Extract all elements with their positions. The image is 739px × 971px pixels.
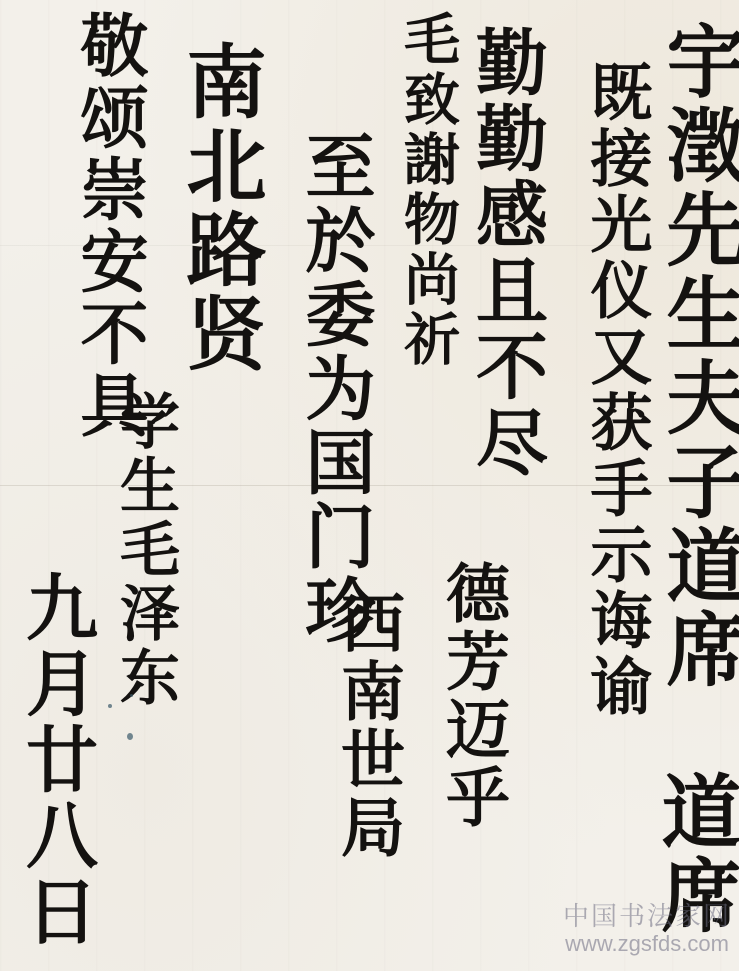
letter-column: 至於委为国门珍: [300, 130, 370, 648]
letter-column: 学生毛泽东: [115, 390, 175, 710]
letter-column: 敬颂崇安不具: [75, 10, 143, 442]
letter-column: 九月廿八日: [20, 570, 92, 950]
calligraphy-letter: 宇澂先生夫子道席既接光仪又获手示诲谕勤勤感且不尽毛致謝物尚祈至於委为国门珍南北路…: [0, 0, 739, 971]
ink-spot: [108, 704, 112, 708]
letter-column: 勤勤感且不尽: [470, 25, 542, 481]
watermark: 中国书法家网 www.zgsfds.com: [563, 896, 731, 957]
ink-spot: [127, 733, 133, 740]
letter-column: 德芳迈乎: [440, 560, 504, 832]
ink-spot: [130, 694, 133, 697]
letter-column: 毛致謝物尚祈: [400, 10, 456, 370]
letter-column: 宇澂先生夫子道席: [660, 20, 739, 692]
letter-column: 既接光仪又获手示诲谕: [585, 60, 647, 720]
watermark-site-name: 中国书法家网: [563, 896, 731, 933]
letter-column: 南北路贤: [180, 40, 260, 376]
watermark-url: www.zgsfds.com: [563, 931, 731, 957]
letter-column: 西南世局: [335, 590, 399, 862]
